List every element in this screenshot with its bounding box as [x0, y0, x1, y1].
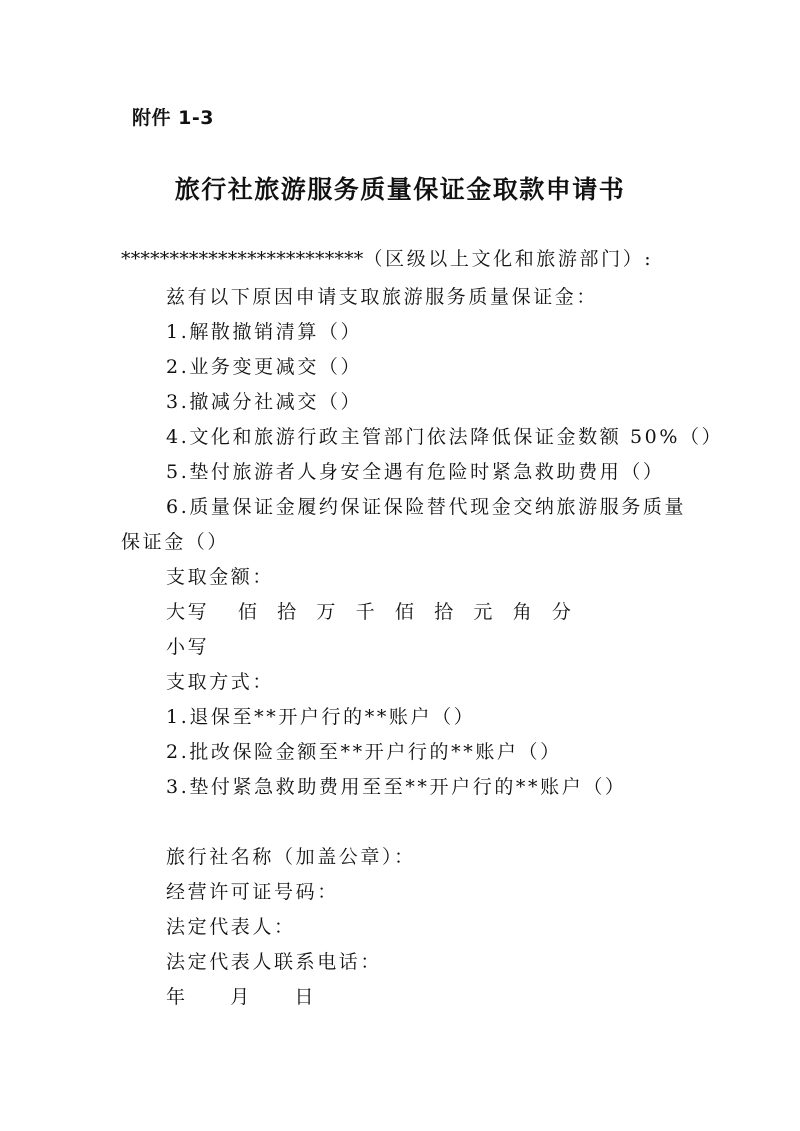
attachment-label: 附件 1-3: [132, 103, 214, 130]
legal-representative-phone-field: 法定代表人联系电话：: [166, 948, 382, 976]
method-option: 1.退保至**开户行的**账户（）: [166, 703, 475, 731]
method-option: 3.垫付紧急救助费用至至**开户行的**账户（）: [166, 773, 627, 801]
intro-text: 兹有以下原因申请支取旅游服务质量保证金：: [166, 283, 598, 311]
amount-capital-row: 大写 佰 拾 万 千 佰 拾 元 角 分: [166, 598, 582, 626]
reason-item: 3.撤减分社减交（）: [166, 388, 362, 416]
addressee-line: *************************（区级以上文化和旅游部门）:: [121, 245, 653, 273]
amount-unit: 万: [316, 598, 338, 626]
date-row: 年 月 日: [166, 983, 350, 1011]
license-number-field: 经营许可证号码：: [166, 878, 339, 906]
document-page: 附件 1-3 旅行社旅游服务质量保证金取款申请书 ***************…: [0, 0, 800, 1131]
reason-item-continuation: 保证金（）: [121, 528, 229, 556]
reason-item: 4.文化和旅游行政主管部门依法降低保证金数额 50%（）: [166, 423, 723, 451]
amount-unit: 佰: [238, 598, 260, 626]
amount-unit: 拾: [277, 598, 299, 626]
addressee-suffix: （区级以上文化和旅游部门）:: [364, 248, 654, 270]
amount-unit: 千: [356, 598, 378, 626]
date-year: 年: [166, 983, 188, 1011]
legal-representative-field: 法定代表人：: [166, 913, 296, 941]
reason-item: 5.垫付旅游者人身安全遇有危险时紧急救助费用（）: [166, 458, 665, 486]
date-month: 月: [230, 983, 252, 1011]
method-option: 2.批改保险金额至**开户行的**账户（）: [166, 738, 562, 766]
amount-label: 支取金额：: [166, 563, 274, 591]
amount-capital-label: 大写: [166, 601, 209, 623]
reason-item: 6.质量保证金履约保证保险替代现金交纳旅游服务质量: [166, 493, 686, 521]
amount-unit: 分: [552, 598, 574, 626]
amount-unit: 元: [473, 598, 495, 626]
method-label: 支取方式：: [166, 668, 274, 696]
document-title: 旅行社旅游服务质量保证金取款申请书: [0, 170, 800, 206]
addressee-mask: *************************: [121, 248, 364, 270]
amount-unit: 拾: [434, 598, 456, 626]
reason-item: 1.解散撤销清算（）: [166, 318, 362, 346]
amount-lower-label: 小写: [166, 633, 209, 661]
agency-name-field: 旅行社名称（加盖公章）：: [166, 843, 416, 871]
amount-unit: 佰: [395, 598, 417, 626]
reason-item: 2.业务变更减交（）: [166, 353, 362, 381]
amount-unit: 角: [513, 598, 535, 626]
date-day: 日: [295, 983, 317, 1011]
